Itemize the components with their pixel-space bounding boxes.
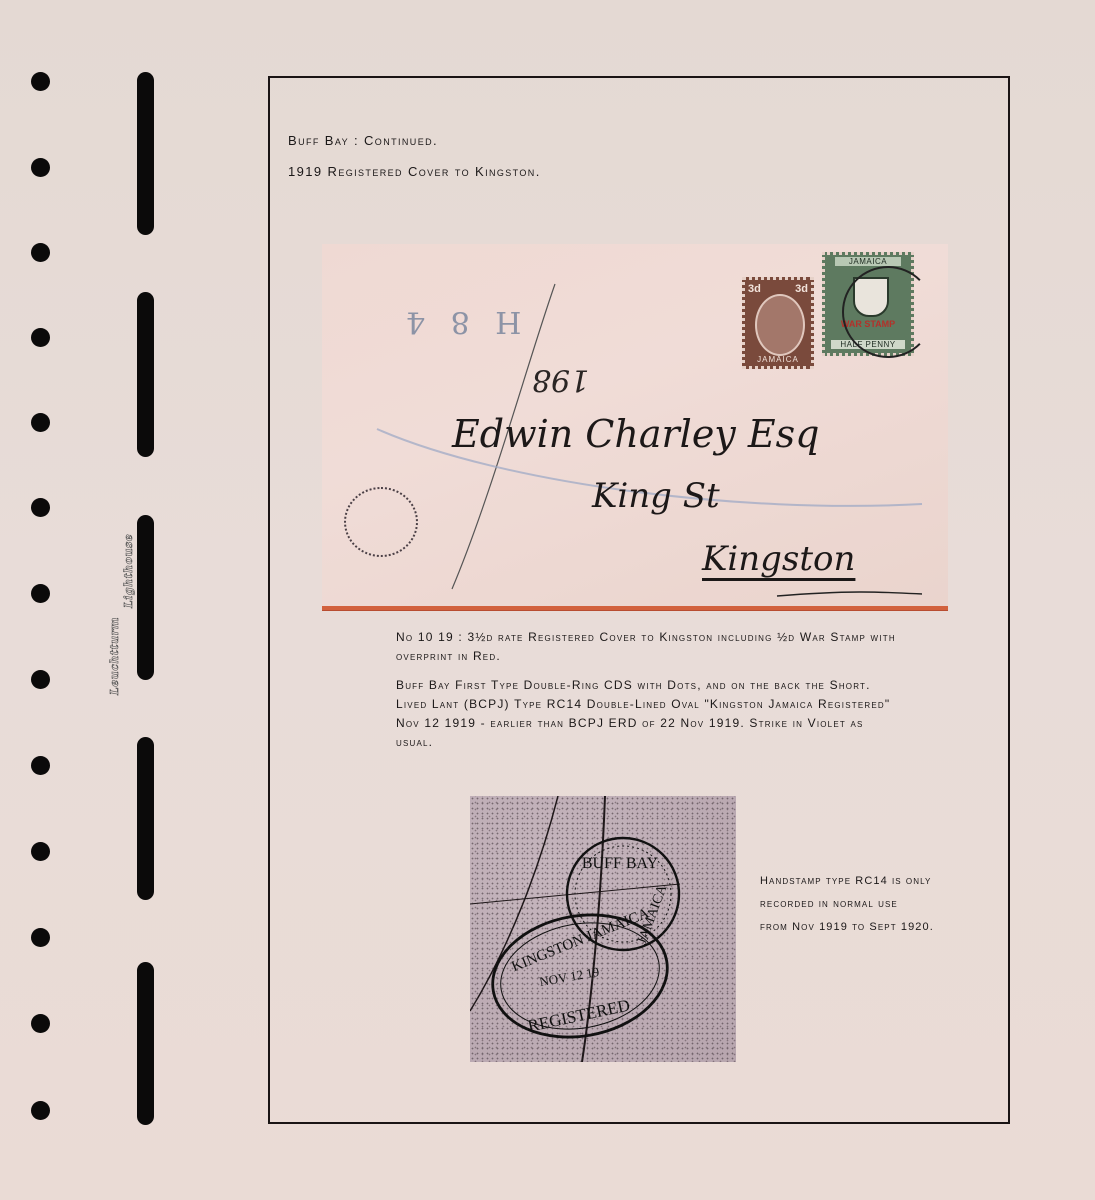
registered-cover: H 8 4 198 3d 3d JAMAICA JAMAICA WAR STAM… <box>322 244 948 610</box>
handstamp-strikes: BUFF BAY JAMAICA KINGSTON JAMAICA NOV 12… <box>470 796 736 1062</box>
brand-leuchtturm: Leuchtturm <box>108 617 121 695</box>
punch-hole <box>31 413 50 432</box>
handstamp-enlargement: BUFF BAY JAMAICA KINGSTON JAMAICA NOV 12… <box>470 796 736 1062</box>
punch-hole <box>31 328 50 347</box>
address-line-2: King St <box>592 476 720 516</box>
punch-hole <box>31 498 50 517</box>
punch-hole <box>31 842 50 861</box>
pencil-annotation: H 8 4 <box>398 304 521 339</box>
side-note-line-1: Handstamp type RC14 is only <box>760 870 934 893</box>
binder-slot <box>137 962 154 1125</box>
punch-hole <box>31 158 50 177</box>
stamp-value: 3d <box>748 283 761 295</box>
registration-number: 198 <box>532 362 589 397</box>
svg-text:BUFF BAY: BUFF BAY <box>582 855 659 872</box>
binder-brand-mark: Leuchtturm Lighthouse <box>108 520 148 700</box>
side-note: Handstamp type RC14 is only recorded in … <box>760 870 934 939</box>
punch-hole <box>31 1101 50 1120</box>
binder-slot <box>137 72 154 235</box>
punch-hole <box>31 584 50 603</box>
page-heading: Buff Bay : Continued. <box>288 133 438 148</box>
binder-slot <box>137 292 154 457</box>
punch-hole <box>31 670 50 689</box>
stamp-country: JAMAICA <box>835 257 901 266</box>
brand-lighthouse: Lighthouse <box>122 534 135 608</box>
description-para-2: Buff Bay First Type Double-Ring CDS with… <box>396 676 901 752</box>
address-line-3: Kingston <box>702 539 855 579</box>
punch-hole <box>31 72 50 91</box>
stamp-value: 3d <box>795 283 808 295</box>
punch-hole <box>31 1014 50 1033</box>
stamp-country: JAMAICA <box>745 355 811 364</box>
punch-hole <box>31 756 50 775</box>
svg-text:REGISTERED: REGISTERED <box>526 996 632 1036</box>
side-note-line-2: recorded in normal use <box>760 893 934 916</box>
punch-hole <box>31 928 50 947</box>
punch-hole <box>31 243 50 262</box>
king-portrait-icon <box>755 294 805 356</box>
stamp-3d-jamaica: 3d 3d JAMAICA <box>742 277 814 369</box>
cds-postmark <box>842 266 934 358</box>
page-subheading: 1919 Registered Cover to Kingston. <box>288 164 541 179</box>
violet-oval-handstamp <box>344 487 418 557</box>
binder-slot <box>137 737 154 900</box>
description-para-1: No 10 19 : 3½d rate Registered Cover to … <box>396 628 896 666</box>
address-line-1: Edwin Charley Esq <box>452 412 819 456</box>
side-note-line-3: from Nov 1919 to Sept 1920. <box>760 916 934 939</box>
